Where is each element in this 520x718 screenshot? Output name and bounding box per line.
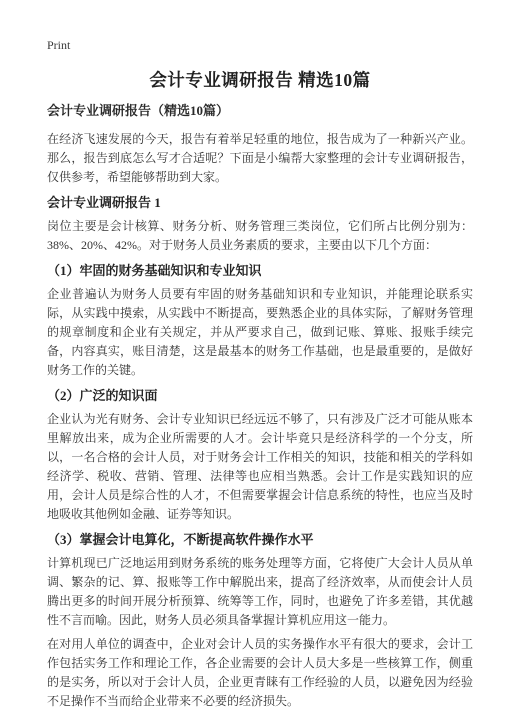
document-page: Print 会计专业调研报告 精选10篇 会计专业调研报告（精选10篇） 在经济…: [0, 0, 520, 718]
section-3-paragraph-2: 在对用人单位的调查中，企业对会计人员的实务操作水平有很大的要求，会计工作包括实务…: [47, 635, 473, 711]
document-title: 会计专业调研报告 精选10篇: [47, 69, 473, 91]
report-1-heading: 会计专业调研报告 1: [47, 193, 473, 212]
section-3-heading: （3）掌握会计电算化，不断提高软件操作水平: [47, 530, 473, 549]
section-2-heading: （2）广泛的知识面: [47, 386, 473, 405]
section-3-paragraph-1: 计算机现已广泛地运用到财务系统的账务处理等方面，它将使广大会计人员从单调、繁杂的…: [47, 554, 473, 630]
section-2-paragraph: 企业认为光有财务、会计专业知识已经远远不够了，只有涉及广泛才可能从账本里解放出来…: [47, 410, 473, 524]
intro-paragraph: 在经济飞速发展的今天，报告有着举足轻重的地位，报告成为了一种新兴产业。那么，报告…: [47, 130, 473, 187]
print-link[interactable]: Print: [47, 38, 70, 53]
report-intro-paragraph: 岗位主要是会计核算、财务分析、财务管理三类岗位，它们所占比例分别为：38%、20…: [47, 217, 473, 255]
section-1-heading: （1）牢固的财务基础知识和专业知识: [47, 261, 473, 280]
document-subtitle: 会计专业调研报告（精选10篇）: [47, 102, 473, 120]
section-1-paragraph: 企业普遍认为财务人员要有牢固的财务基础知识和专业知识，并能理论联系实际，从实践中…: [47, 285, 473, 380]
